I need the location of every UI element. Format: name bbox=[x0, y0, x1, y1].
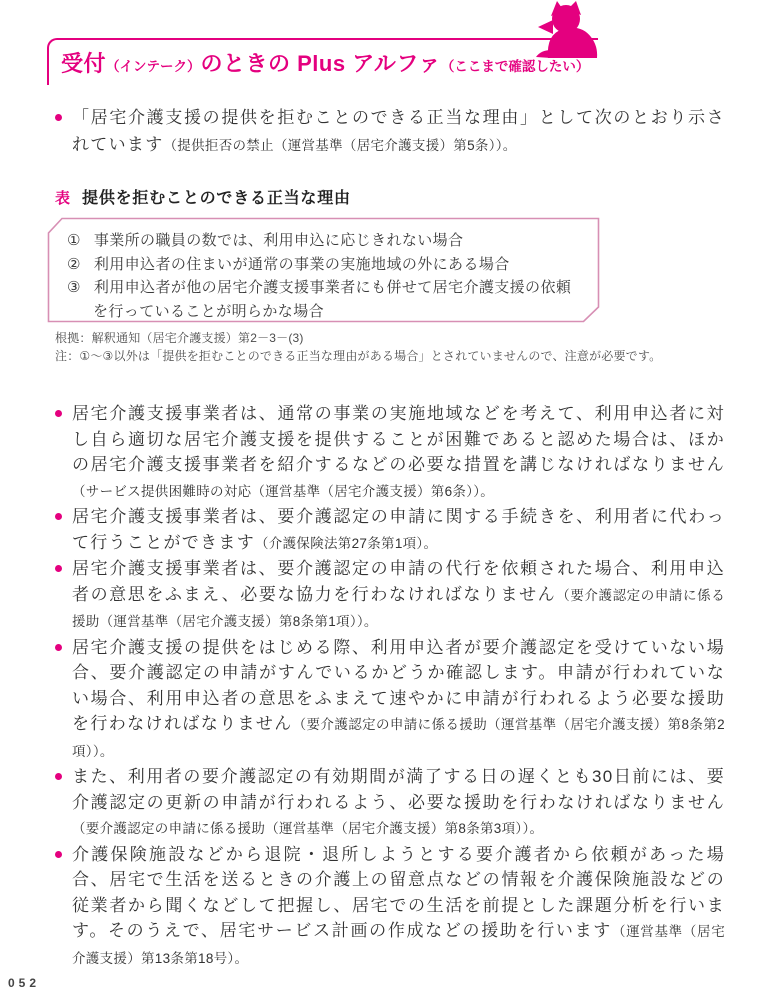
reason-table: ①事業所の職員の数では、利用申込に応じきれない場合 ②利用申込者の住まいが通常の… bbox=[47, 217, 600, 323]
reason-row-text: 事業所の職員の数では、利用申込に応じきれない場合 bbox=[94, 232, 464, 249]
lead-paragraph: 「居宅介護支援の提供を拒むことのできる正当な理由」として次のとおり示されています… bbox=[55, 104, 725, 159]
page-title-main-2: のときの Plus アルファ bbox=[201, 51, 441, 76]
bullet-list: 居宅介護支援事業者は、通常の事業の実施地域などを考えて、利用申込者に対し自ら適切… bbox=[55, 401, 725, 971]
reason-row: ①事業所の職員の数では、利用申込に応じきれない場合 bbox=[67, 229, 584, 253]
page-title: 受付（インテーク）のときの Plus アルファ（ここまで確認したい） bbox=[61, 47, 589, 78]
footnote-caution: 注：①～③以外は「提供を拒むことのできる正当な理由がある場合」とされていませんの… bbox=[55, 348, 725, 366]
reason-row: ③利用申込者が他の居宅介護支援事業者にも併せて居宅介護支援の依頼を行っていること… bbox=[67, 276, 584, 323]
reason-row-number: ③ bbox=[67, 279, 81, 296]
table-caption-label: 表 bbox=[55, 187, 70, 208]
main-content: 「居宅介護支援の提供を拒むことのできる正当な理由」として次のとおり示されています… bbox=[55, 104, 725, 971]
list-item: また、利用者の要介護認定の有効期間が満了する日の遅くとも30日前には、要介護認定… bbox=[55, 764, 725, 842]
table-caption-title: 提供を拒むことのできる正当な理由 bbox=[82, 185, 351, 208]
table-caption: 表 提供を拒むことのできる正当な理由 bbox=[55, 185, 725, 208]
page-title-small-2: （ここまで確認したい） bbox=[441, 59, 590, 74]
list-item: 介護保険施設などから退院・退所しようとする要介護者から依頼があった場合、居宅で生… bbox=[55, 842, 725, 972]
page-title-small-1: （インテーク） bbox=[106, 59, 201, 74]
reason-row-text: 利用申込者が他の居宅介護支援事業者にも併せて居宅介護支援の依頼を行っていることが… bbox=[93, 279, 571, 320]
page-title-main-1: 受付 bbox=[61, 51, 106, 76]
reason-row-text: 利用申込者の住まいが通常の事業の実施地域の外にある場合 bbox=[94, 256, 510, 273]
reason-rows: ①事業所の職員の数では、利用申込に応じきれない場合 ②利用申込者の住まいが通常の… bbox=[67, 229, 584, 323]
reason-row-number: ② bbox=[67, 256, 81, 273]
page-number: 052 bbox=[8, 976, 40, 990]
footnotes: 根拠：解釈通知（居宅介護支援）第2－3－(3) 注：①～③以外は「提供を拒むこと… bbox=[55, 330, 725, 365]
list-item: 居宅介護支援事業者は、要介護認定の申請の代行を依頼された場合、利用申込者の意思を… bbox=[55, 556, 725, 635]
reason-row: ②利用申込者の住まいが通常の事業の実施地域の外にある場合 bbox=[67, 253, 584, 277]
reason-row-number: ① bbox=[67, 232, 81, 249]
list-item: 居宅介護支援の提供をはじめる際、利用申込者が要介護認定を受けていない場合、要介護… bbox=[55, 635, 725, 765]
footnote-source: 根拠：解釈通知（居宅介護支援）第2－3－(3) bbox=[55, 330, 725, 348]
list-item: 居宅介護支援事業者は、要介護認定の申請に関する手続きを、利用者に代わって行うこと… bbox=[55, 504, 725, 556]
list-item: 居宅介護支援事業者は、通常の事業の実施地域などを考えて、利用申込者に対し自ら適切… bbox=[55, 401, 725, 504]
